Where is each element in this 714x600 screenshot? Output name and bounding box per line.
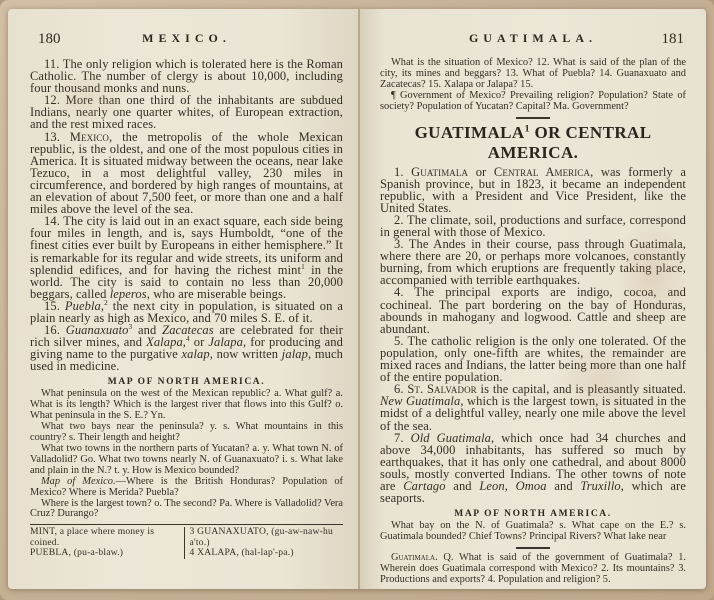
text-segment: , now written — [210, 347, 282, 361]
text-segment: What two towns in the northern parts of … — [30, 443, 343, 476]
text-segment: Map of Mexico. — [41, 476, 116, 487]
paragraph: 15. Puebla,2 the next city in population… — [30, 300, 343, 324]
page-header-right: GUATIMALA. 181 — [380, 31, 686, 51]
paragraph: PUEBLA, (pu-a-blaw.) — [30, 548, 184, 558]
text-segment: What peninsula on the west of the Mexica… — [30, 388, 343, 421]
footnotes-left: MINT, a place where money is coined.PUEB… — [30, 527, 343, 558]
paragraph: 12. More than one third of the inhabitan… — [30, 94, 343, 130]
paragraph: 11. The only religion which is tolerated… — [30, 58, 343, 94]
paragraph: Map of Mexico.—Where is the British Hond… — [30, 477, 343, 499]
map-questions-heading-right: MAP OF NORTH AMERICA. — [380, 509, 686, 519]
paragraph: 4 XALAPA, (hal-lap'-pa.) — [190, 548, 344, 558]
review-questions-top: What is the situation of Mexico? 12. Wha… — [380, 58, 686, 113]
text-segment: 2. The climate, soil, productions and su… — [380, 213, 686, 239]
footnote-column-1: MINT, a place where money is coined.PUEB… — [30, 527, 184, 558]
book-spread: 180 MEXICO. 11. The only religion which … — [8, 9, 706, 589]
paragraph: 1. Guatimala or Central America, was for… — [380, 166, 686, 214]
text-segment: 5. The catholic religion is the only one… — [380, 334, 686, 384]
section-divider-rule — [516, 117, 550, 119]
review-paragraph: Guatimala. Q. What is said of the govern… — [380, 553, 686, 586]
text-segment: 3. The Andes in their course, pass throu… — [380, 237, 686, 287]
text-segment: jalap — [282, 347, 308, 361]
footnote-column-2: 3 GUANAXUATO, (gu-aw-naw-hu a'to.)4 XALA… — [184, 527, 344, 558]
text-segment: xalap — [181, 347, 209, 361]
map-questions-heading-left: MAP OF NORTH AMERICA. — [30, 377, 343, 387]
paragraph: 14. The city is laid out in an exact squ… — [30, 215, 343, 300]
text-segment: Omoa — [516, 479, 547, 493]
text-segment: MINT, a place where money is coined. — [30, 526, 154, 547]
paragraph: What bay on the N. of Guatimala? s. What… — [380, 521, 686, 543]
paragraph: MINT, a place where money is coined. — [30, 527, 184, 548]
review-divider-rule — [516, 547, 550, 549]
text-segment: Where is the largest town? o. The second… — [30, 498, 343, 520]
paragraph: 6. St. Salvador is the capital, and is p… — [380, 383, 686, 431]
text-segment: 4 XALAPA, (hal-lap'-pa.) — [190, 547, 294, 558]
paragraph: What is the situation of Mexico? 12. Wha… — [380, 58, 686, 91]
paragraph: 2. The climate, soil, productions and su… — [380, 214, 686, 238]
text-segment: Truxillo — [580, 479, 620, 493]
paragraph: Where is the largest town? o. The second… — [30, 499, 343, 521]
text-segment: , the metropolis of the whole Mexican re… — [30, 130, 343, 217]
paragraph: 13. Mexico, the metropolis of the whole … — [30, 131, 343, 216]
text-segment: 4. The principal exports are indigo, coc… — [380, 285, 686, 335]
text-segment: ¶ Government of Mexico? Prevailing relig… — [380, 90, 686, 112]
paragraph: Guatimala. Q. What is said of the govern… — [380, 553, 686, 586]
text-segment: What two bays near the peninsula? y. s. … — [30, 421, 343, 443]
text-segment: GUATIMALA — [415, 123, 525, 142]
text-segment: 14. The city is laid out in an exact squ… — [30, 214, 343, 276]
text-segment: and — [547, 479, 581, 493]
map-questions-right: What bay on the N. of Guatimala? s. What… — [380, 521, 686, 543]
text-segment: , — [505, 479, 516, 493]
text-segment: and — [446, 479, 480, 493]
paragraph: ¶ Government of Mexico? Prevailing relig… — [380, 91, 686, 113]
text-segment: 12. More than one third of the inhabitan… — [30, 93, 343, 131]
text-segment: Guatimala — [391, 552, 435, 563]
chapter-heading: GUATIMALA1 OR CENTRAL AMERICA. — [380, 123, 686, 163]
paragraph: 3. The Andes in their course, pass throu… — [380, 238, 686, 286]
text-segment: PUEBLA, (pu-a-blaw.) — [30, 547, 123, 558]
page-number-right: 181 — [662, 31, 685, 48]
page-181: GUATIMALA. 181 What is the situation of … — [358, 9, 706, 589]
paragraph: 5. The catholic religion is the only one… — [380, 335, 686, 383]
paragraph: 16. Guanaxuato3 and Zacatecas are celebr… — [30, 324, 343, 372]
paragraph: 7. Old Guatimala, which once had 34 chur… — [380, 432, 686, 505]
text-segment: 11. The only religion which is tolerated… — [30, 57, 343, 95]
text-segment: What bay on the N. of Guatimala? s. What… — [380, 520, 686, 542]
paragraph: 4. The principal exports are indigo, coc… — [380, 286, 686, 334]
book-scan-background: 180 MEXICO. 11. The only religion which … — [0, 0, 714, 600]
page-header-left: 180 MEXICO. — [30, 31, 343, 51]
body-text-guatimala: 1. Guatimala or Central America, was for… — [380, 166, 686, 505]
running-head-mexico: MEXICO. — [30, 31, 343, 46]
map-questions-left: What peninsula on the west of the Mexica… — [30, 389, 343, 520]
text-segment: 3 GUANAXUATO, (gu-aw-naw-hu a'to.) — [190, 526, 334, 547]
footnote-rule-left — [30, 524, 343, 525]
running-head-guatimala: GUATIMALA. — [380, 31, 686, 46]
body-text-mexico: 11. The only religion which is tolerated… — [30, 58, 343, 372]
paragraph: What peninsula on the west of the Mexica… — [30, 389, 343, 422]
page-180: 180 MEXICO. 11. The only religion which … — [8, 9, 358, 589]
paragraph: 3 GUANAXUATO, (gu-aw-naw-hu a'to.) — [190, 527, 344, 548]
paragraph: What two bays near the peninsula? y. s. … — [30, 422, 343, 444]
paragraph: What two towns in the northern parts of … — [30, 444, 343, 477]
text-segment: Leon — [479, 479, 504, 493]
text-segment: What is the situation of Mexico? 12. Wha… — [380, 57, 686, 90]
